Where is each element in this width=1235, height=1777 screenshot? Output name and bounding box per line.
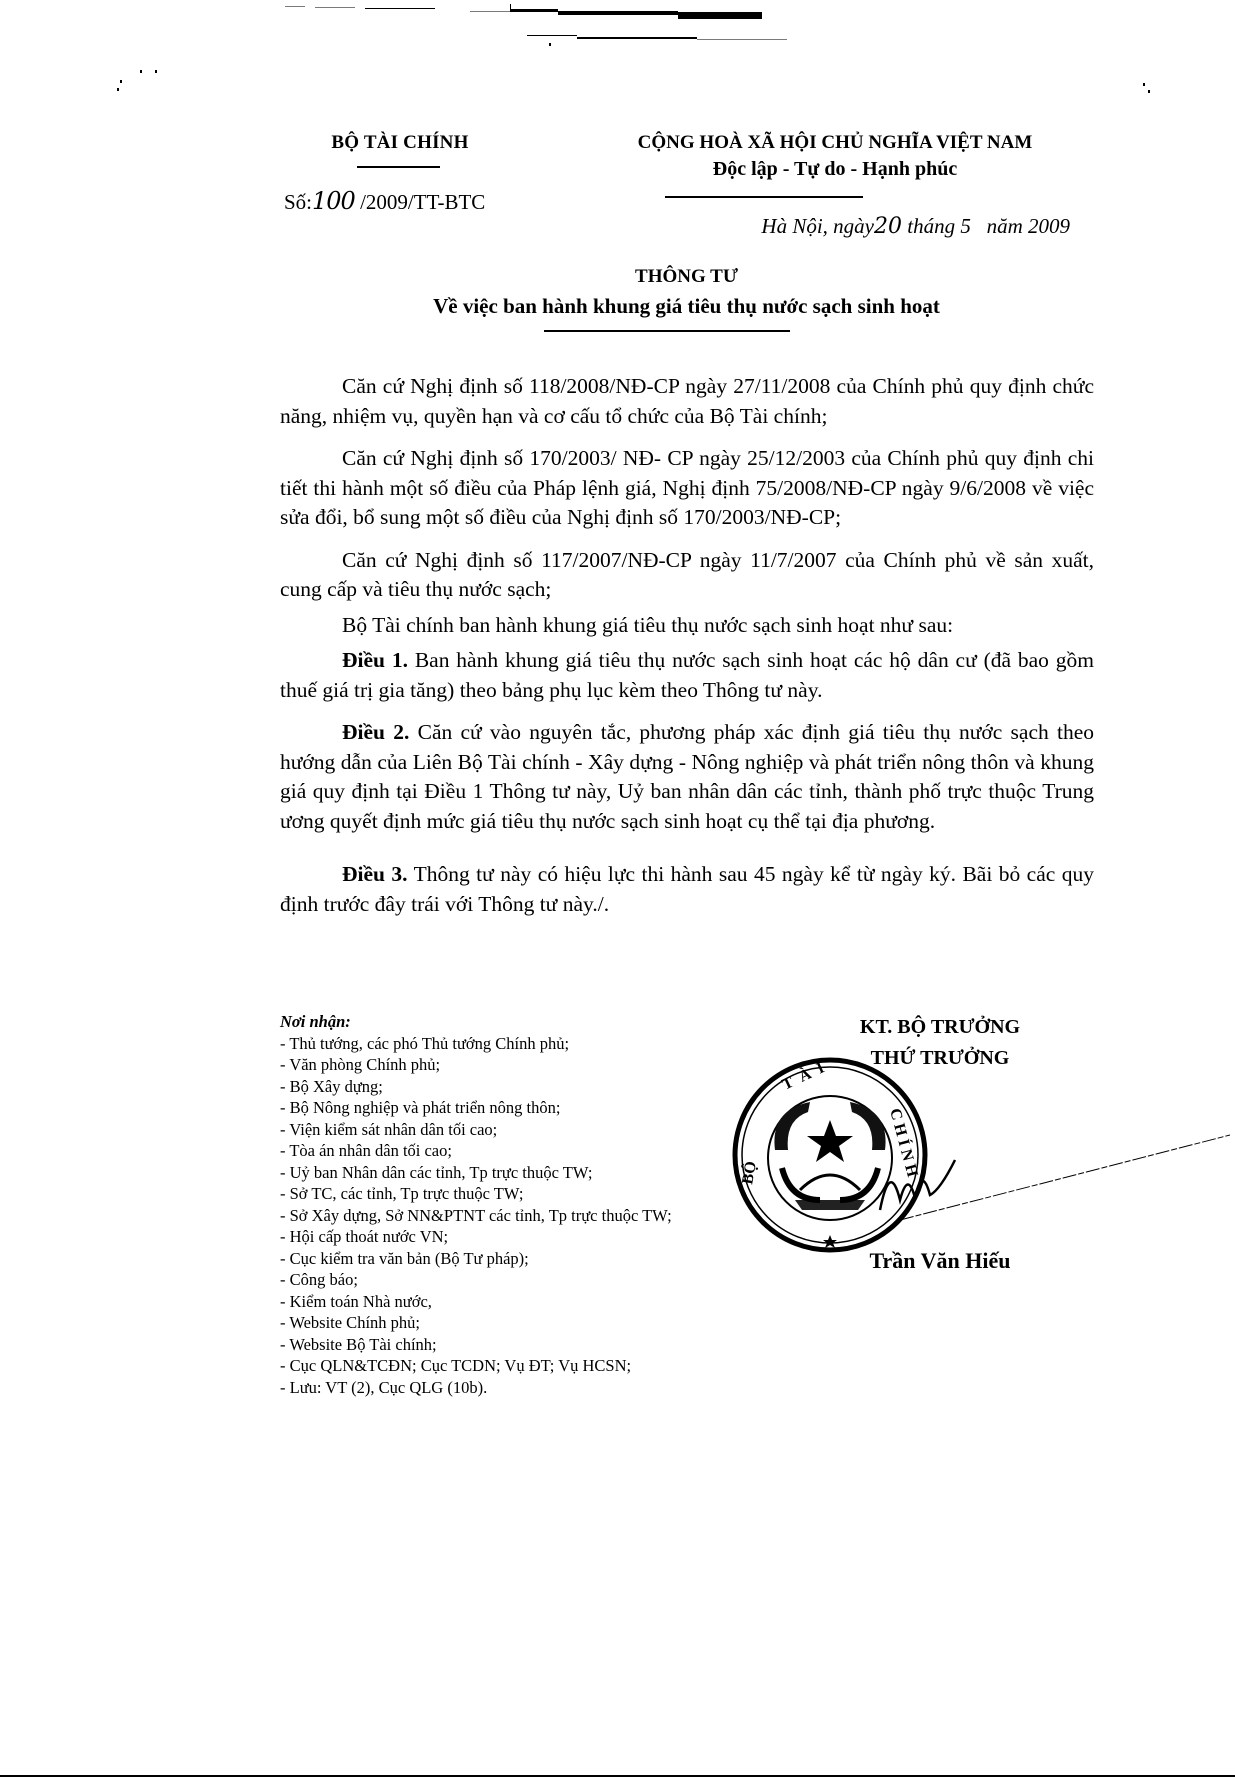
document-number-suffix: /2009/TT-BTC [355,190,485,214]
scan-speck [549,43,551,46]
recipient-item: - Thủ tướng, các phó Thủ tướng Chính phủ… [280,1033,740,1055]
divider [665,196,863,198]
document-number-prefix: Số: [284,190,312,214]
recipient-item: - Tòa án nhân dân tối cao; [280,1140,740,1162]
recipient-item: - Sở Xây dựng, Sở NN&PTNT các tỉnh, Tp t… [280,1205,740,1227]
place-and-date: Hà Nội, ngày20 tháng 5 năm 2009 [660,214,1070,239]
article-2: Điều 2. Căn cứ vào nguyên tắc, phương ph… [280,718,1094,836]
date-suffix: tháng 5 năm 2009 [907,214,1070,238]
recipient-item: - Cục kiểm tra văn bản (Bộ Tư pháp); [280,1248,740,1270]
signer-role-primary: KT. BỘ TRƯỞNG [780,1016,1100,1039]
article-label: Điều 2. [342,720,409,744]
recipient-item: - Website Bộ Tài chính; [280,1334,740,1356]
recipient-item: - Kiểm toán Nhà nước, [280,1291,740,1313]
scan-artifact [558,11,678,15]
preamble-paragraph: Căn cứ Nghị định số 117/2007/NĐ-CP ngày … [280,546,1094,605]
divider [544,330,790,332]
scan-speck [120,80,122,83]
recipient-item: - Sở TC, các tỉnh, Tp trực thuộc TW; [280,1183,740,1205]
nation-title: CỘNG HOÀ XÃ HỘI CHỦ NGHĨA VIỆT NAM [590,132,1080,154]
recipient-item: - Uỷ ban Nhân dân các tỉnh, Tp trực thuộ… [280,1162,740,1184]
scan-speck [140,70,142,73]
seal-text-left: BỘ [738,1160,760,1186]
date-day-handwritten: 20 [874,214,902,239]
recipient-item: - Bộ Xây dựng; [280,1076,740,1098]
divider [357,166,440,168]
recipient-item: - Hội cấp thoát nước VN; [280,1226,740,1248]
preamble-paragraph: Bộ Tài chính ban hành khung giá tiêu thụ… [280,611,1094,641]
scan-artifact [678,12,762,19]
article-label: Điều 3. [342,862,408,886]
document-type: THÔNG TƯ [280,266,1093,288]
recipient-item: - Văn phòng Chính phủ; [280,1054,740,1076]
scan-artifact [510,9,558,12]
scan-speck [155,70,157,73]
seal-text-top: TÀI [779,1054,835,1093]
scan-speck [117,88,119,91]
article-label: Điều 1. [342,648,408,672]
scan-artifact [285,6,305,7]
signer-name: Trần Văn Hiếu [780,1248,1100,1274]
scan-artifact [577,37,697,39]
scan-artifact [365,8,435,9]
article-3: Điều 3. Thông tư này có hiệu lực thi hàn… [280,860,1094,919]
scan-artifact [470,11,510,12]
date-prefix: Hà Nội, ngày [761,214,874,238]
scan-artifact [315,7,355,8]
document-number: Số:100 /2009/TT-BTC [284,187,485,215]
scan-artifact [527,35,577,36]
document-body: Căn cứ Nghị định số 118/2008/NĐ-CP ngày … [280,372,1094,932]
recipients-list: Nơi nhận: - Thủ tướng, các phó Thủ tướng… [280,1011,740,1398]
recipients-items: - Thủ tướng, các phó Thủ tướng Chính phủ… [280,1033,740,1399]
document-number-handwritten: 100 [312,187,355,215]
recipients-title: Nơi nhận: [280,1011,740,1033]
recipient-item: - Website Chính phủ; [280,1312,740,1334]
recipient-item: - Cục QLN&TCĐN; Cục TCDN; Vụ ĐT; Vụ HCSN… [280,1355,740,1377]
document-subject: Về việc ban hành khung giá tiêu thụ nước… [280,294,1093,319]
preamble-paragraph: Căn cứ Nghị định số 118/2008/NĐ-CP ngày … [280,372,1094,431]
issuing-agency: BỘ TÀI CHÍNH [290,132,510,154]
national-motto: Độc lập - Tự do - Hạnh phúc [590,158,1080,181]
scan-speck [1143,83,1145,86]
scan-artifact [697,39,787,40]
handwritten-signature-icon [860,1120,1235,1240]
recipient-item: - Lưu: VT (2), Cục QLG (10b). [280,1377,740,1399]
recipient-item: - Bộ Nông nghiệp và phát triển nông thôn… [280,1097,740,1119]
recipient-item: - Viện kiểm sát nhân dân tối cao; [280,1119,740,1141]
recipient-item: - Công báo; [280,1269,740,1291]
preamble-paragraph: Căn cứ Nghị định số 170/2003/ NĐ- CP ngà… [280,444,1094,533]
scan-speck [1148,90,1150,93]
article-1: Điều 1. Ban hành khung giá tiêu thụ nước… [280,646,1094,705]
